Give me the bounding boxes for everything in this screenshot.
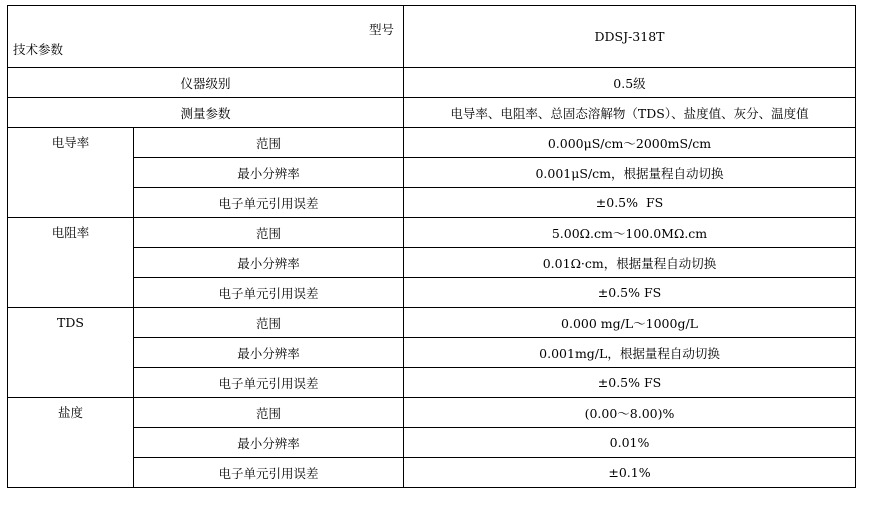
value-cell-measured-params: 电导率、电阻率、总固态溶解物（TDS）、盐度值、灰分、温度值 [404,98,856,128]
spec-table: 型号 技术参数 DDSJ-318T 仪器级别 0.5级 测量参数 电导率、电阻率… [7,5,856,488]
label-cell-conductivity-range: 范围 [134,128,404,158]
label-cell-salinity-error: 电子单元引用误差 [134,458,404,488]
value-cell-resistivity-error: ±0.5% FS [404,278,856,308]
label-cell-salinity-range: 范围 [134,398,404,428]
value-cell-conductivity-error: ±0.5% FS [404,188,856,218]
table-row: 测量参数 电导率、电阻率、总固态溶解物（TDS）、盐度值、灰分、温度值 [8,98,856,128]
table-row: 最小分辨率 0.01Ω·cm，根据量程自动切换 [8,248,856,278]
group-cell-tds: TDS [8,308,134,398]
value-cell-tds-range: 0.000 mg/L～1000g/L [404,308,856,338]
label-cell-resistivity-resolution: 最小分辨率 [134,248,404,278]
value-cell-salinity-resolution: 0.01% [404,428,856,458]
corner-label-tech-params: 技术参数 [13,40,63,58]
value-cell-salinity-range: (0.00～8.00)% [404,398,856,428]
label-cell-resistivity-range: 范围 [134,218,404,248]
table-row: 电子单元引用误差 ±0.1% [8,458,856,488]
table-row: 最小分辨率 0.01% [8,428,856,458]
label-cell-conductivity-resolution: 最小分辨率 [134,158,404,188]
table-row: 盐度 范围 (0.00～8.00)% [8,398,856,428]
table-row: 仪器级别 0.5级 [8,68,856,98]
value-cell-resistivity-range: 5.00Ω.cm～100.0MΩ.cm [404,218,856,248]
label-cell-tds-range: 范围 [134,308,404,338]
value-cell-tds-resolution: 0.001mg/L，根据量程自动切换 [404,338,856,368]
group-cell-resistivity: 电阻率 [8,218,134,308]
corner-label-model: 型号 [369,20,394,38]
label-cell-resistivity-error: 电子单元引用误差 [134,278,404,308]
label-cell-tds-error: 电子单元引用误差 [134,368,404,398]
value-cell-resistivity-resolution: 0.01Ω·cm，根据量程自动切换 [404,248,856,278]
value-cell-conductivity-resolution: 0.001μS/cm，根据量程自动切换 [404,158,856,188]
table-row: 电子单元引用误差 ±0.5% FS [8,368,856,398]
table-row: 最小分辨率 0.001μS/cm，根据量程自动切换 [8,158,856,188]
value-cell-tds-error: ±0.5% FS [404,368,856,398]
model-value-cell: DDSJ-318T [404,6,856,68]
table-row: 电子单元引用误差 ±0.5% FS [8,188,856,218]
table-row: 电子单元引用误差 ±0.5% FS [8,278,856,308]
corner-header-cell: 型号 技术参数 [8,6,404,68]
page-background: 型号 技术参数 DDSJ-318T 仪器级别 0.5级 测量参数 电导率、电阻率… [0,0,871,505]
table-row: 最小分辨率 0.001mg/L，根据量程自动切换 [8,338,856,368]
table-row: TDS 范围 0.000 mg/L～1000g/L [8,308,856,338]
value-cell-salinity-error: ±0.1% [404,458,856,488]
label-cell-conductivity-error: 电子单元引用误差 [134,188,404,218]
label-cell-tds-resolution: 最小分辨率 [134,338,404,368]
param-cell-instrument-grade: 仪器级别 [8,68,404,98]
table-row: 电阻率 范围 5.00Ω.cm～100.0MΩ.cm [8,218,856,248]
param-cell-measured-params: 测量参数 [8,98,404,128]
table-row: 型号 技术参数 DDSJ-318T [8,6,856,68]
table-row: 电导率 范围 0.000μS/cm～2000mS/cm [8,128,856,158]
value-cell-instrument-grade: 0.5级 [404,68,856,98]
label-cell-salinity-resolution: 最小分辨率 [134,428,404,458]
value-cell-conductivity-range: 0.000μS/cm～2000mS/cm [404,128,856,158]
group-cell-conductivity: 电导率 [8,128,134,218]
group-cell-salinity: 盐度 [8,398,134,488]
